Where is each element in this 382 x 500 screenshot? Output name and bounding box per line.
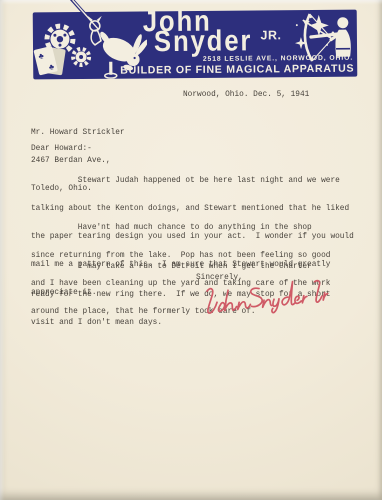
body-line: visit and I don't mean days. [31,319,330,328]
letterhead-banner: ♣ ♣ [33,10,358,80]
recipient-line: Mr. Howard Strickler [31,129,125,138]
salutation: Dear Howard:- [31,145,92,154]
body-line: Have'nt had much chance to do anything i… [31,224,330,233]
letterhead-name: John SnyderJR. [143,6,282,54]
letter-page: ♣ ♣ [0,0,382,500]
wand-icon [71,0,99,30]
letterhead-tagline: BUILDER OF FINE MAGICAL APPARATUS [120,63,354,77]
dateline: Norwood, Ohio. Dec. 5, 1941 [183,91,309,100]
candlestick-icon [105,62,117,79]
playing-cards-icon: ♣ ♣ [33,46,66,76]
body-line: I may take a run to Detroit when I get t… [31,263,330,272]
body-line: Stewart Judah happened ot be here last n… [31,177,354,186]
letterhead-address: 2518 LESLIE AVE., NORWOOD, OHIO. [203,55,353,63]
small-gear-icon [73,49,89,65]
letterhead-last-name: Snyder [154,27,253,57]
